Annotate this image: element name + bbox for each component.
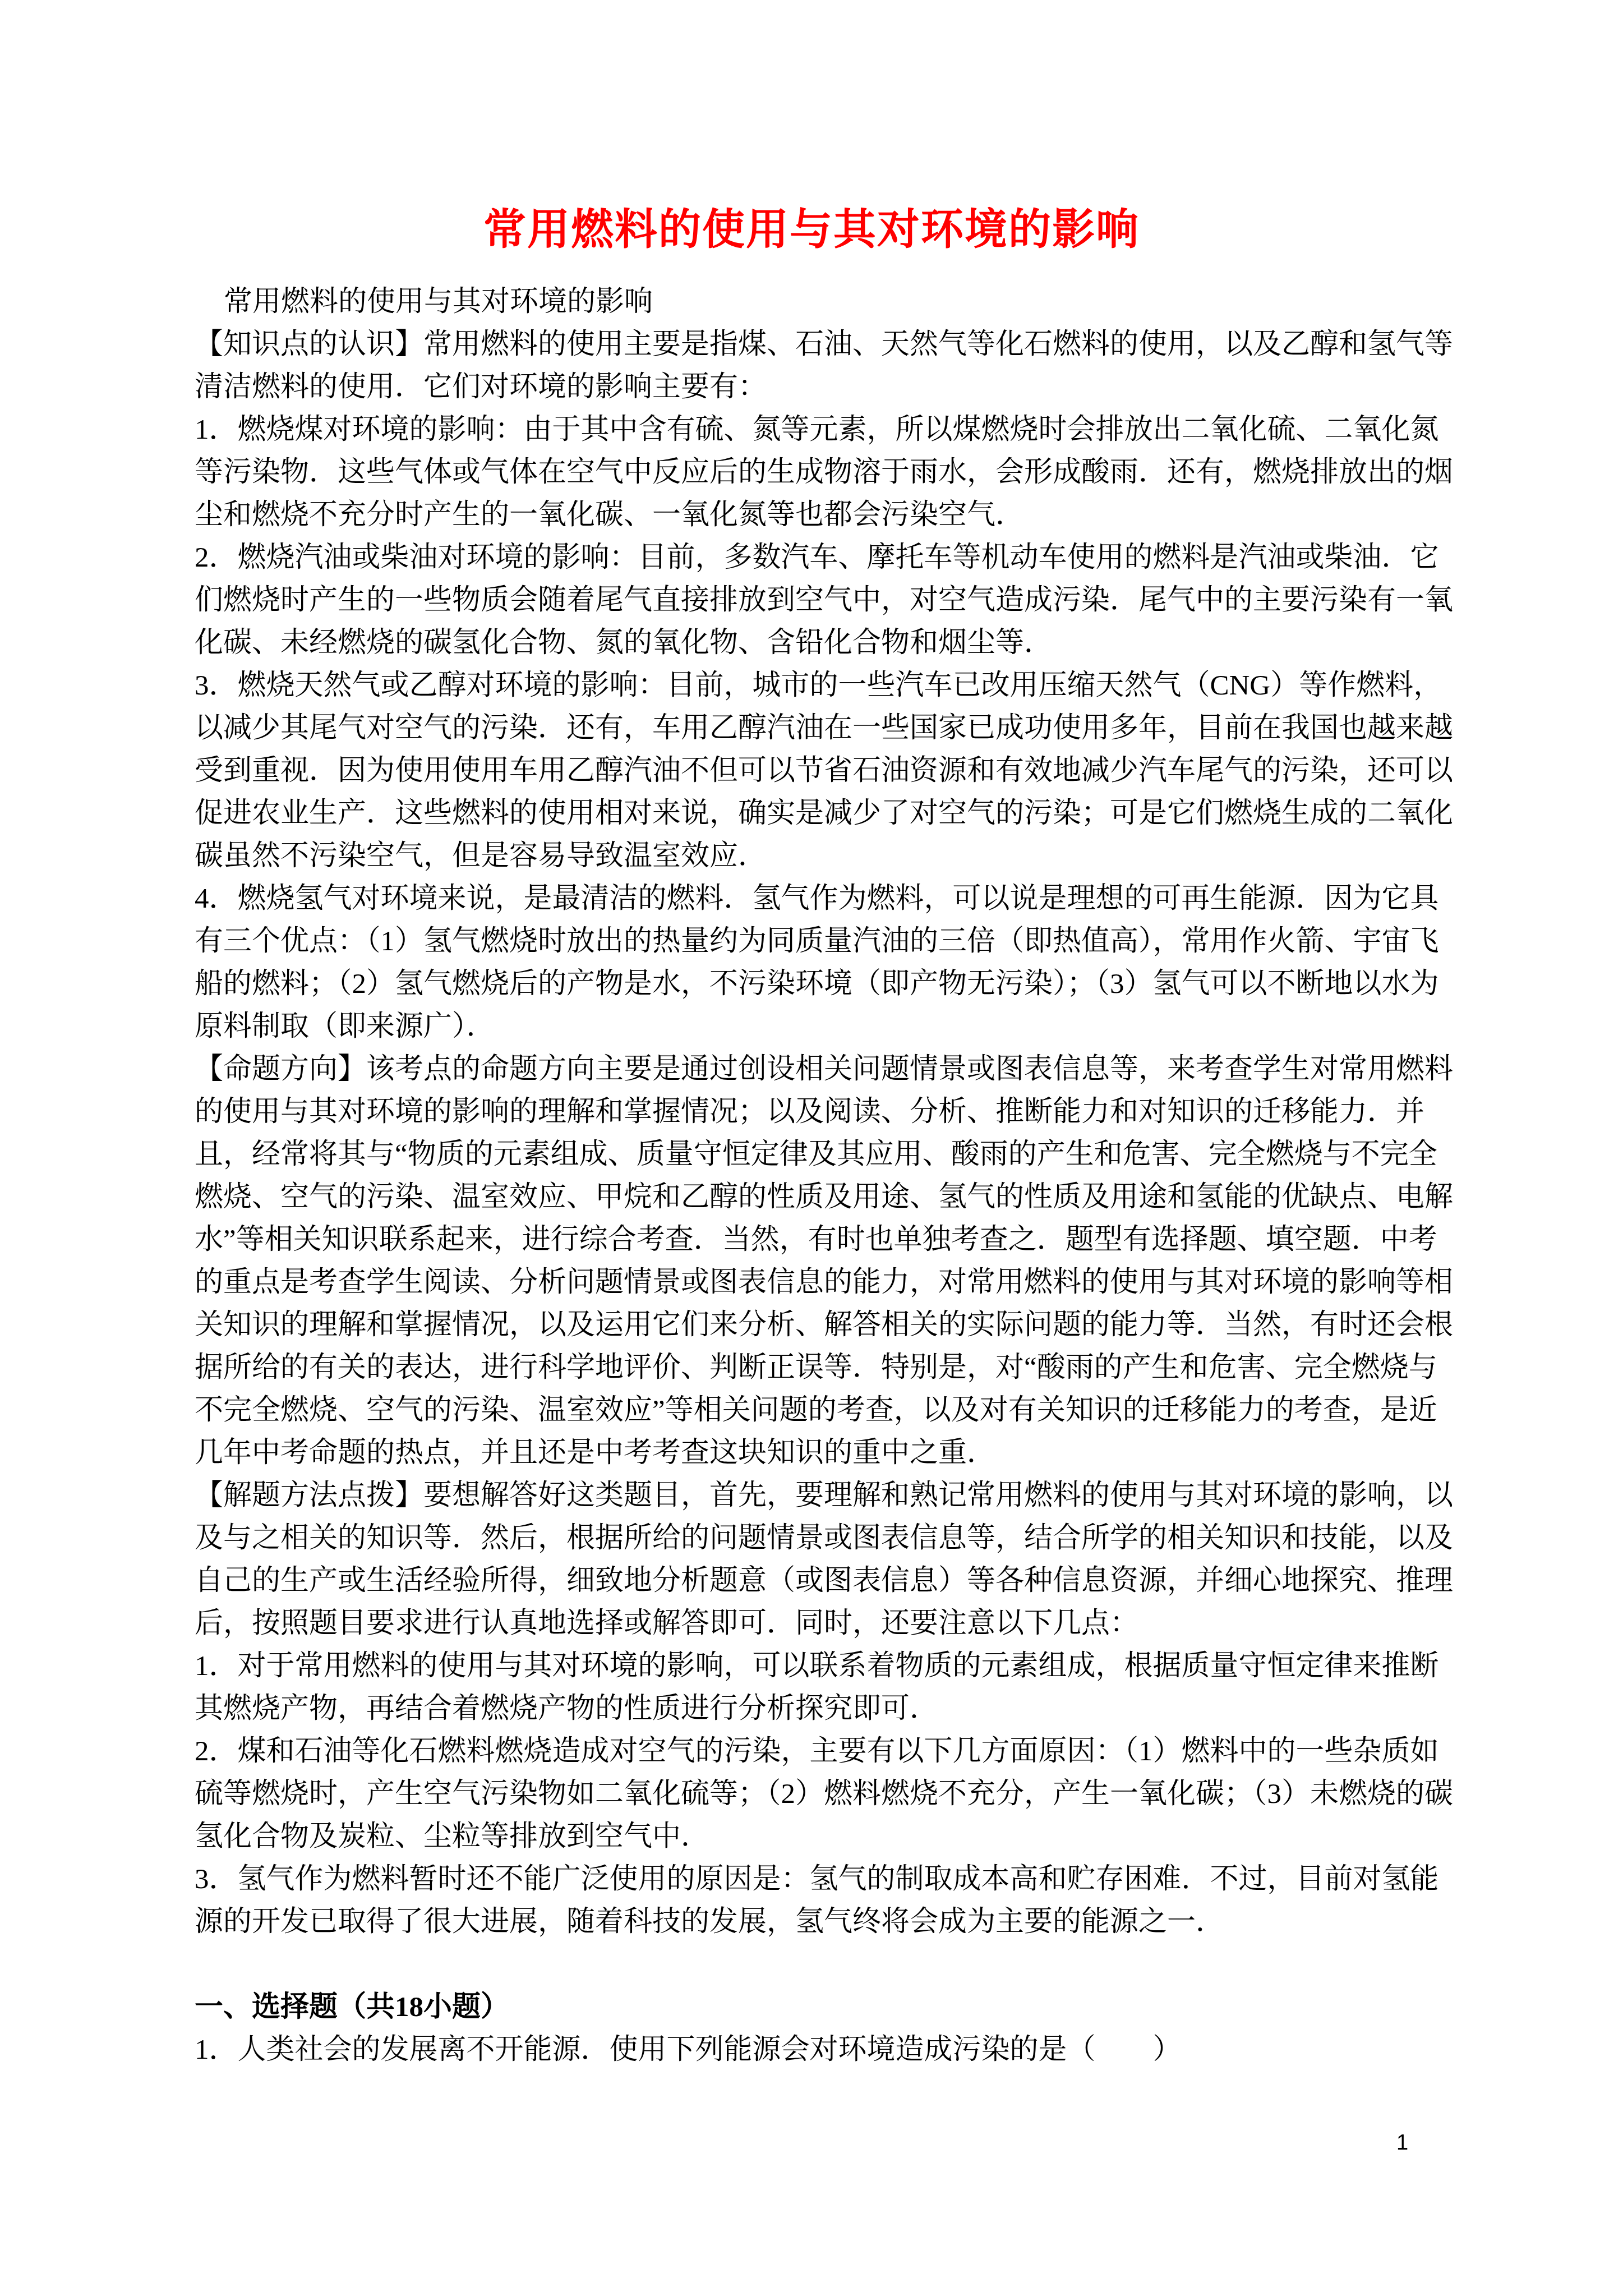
document-subtitle: 常用燃料的使用与其对环境的影响 [195, 280, 1465, 323]
paragraph-exam-direction: 【命题方向】该考点的命题方向主要是通过创设相关问题情景或图表信息等，来考查学生对… [195, 1048, 1465, 1474]
paragraph-solution-tips: 【解题方法点拨】要想解答好这类题目，首先，要理解和熟记常用燃料的使用与其对环境的… [195, 1474, 1465, 1645]
question-1: 1．人类社会的发展离不开能源．使用下列能源会对环境造成污染的是（ ） [195, 2028, 1465, 2071]
paragraph-hydrogen-impact: 4．燃烧氢气对环境来说，是最清洁的燃料．氢气作为燃料，可以说是理想的可再生能源．… [195, 877, 1465, 1048]
paragraph-coal-impact: 1．燃烧煤对环境的影响：由于其中含有硫、氮等元素，所以煤燃烧时会排放出二氧化硫、… [195, 408, 1465, 536]
paragraph-gasoline-impact: 2．燃烧汽油或柴油对环境的影响：目前，多数汽车、摩托车等机动车使用的燃料是汽油或… [195, 536, 1465, 664]
paragraph-tip-2: 2．煤和石油等化石燃料燃烧造成对空气的污染，主要有以下几方面原因：（1）燃料中的… [195, 1730, 1465, 1858]
page-number: 1 [1396, 2129, 1408, 2156]
document-page: 常用燃料的使用与其对环境的影响 常用燃料的使用与其对环境的影响 【知识点的认识】… [0, 0, 1623, 2296]
document-title: 常用燃料的使用与其对环境的影响 [0, 209, 1623, 251]
paragraph-naturalgas-ethanol-impact: 3．燃烧天然气或乙醇对环境的影响：目前，城市的一些汽车已改用压缩天然气（CNG）… [195, 664, 1465, 877]
paragraph-tip-1: 1．对于常用燃料的使用与其对环境的影响，可以联系着物质的元素组成，根据质量守恒定… [195, 1645, 1465, 1730]
section-heading-choice-questions: 一、选择题（共18小题） [195, 1986, 1465, 2028]
paragraph-knowledge-point: 【知识点的认识】常用燃料的使用主要是指煤、石油、天然气等化石燃料的使用，以及乙醇… [195, 323, 1465, 408]
paragraph-tip-3: 3．氢气作为燃料暂时还不能广泛使用的原因是：氢气的制取成本高和贮存困难．不过，目… [195, 1858, 1465, 1943]
document-body: 常用燃料的使用与其对环境的影响 【知识点的认识】常用燃料的使用主要是指煤、石油、… [195, 280, 1465, 2071]
